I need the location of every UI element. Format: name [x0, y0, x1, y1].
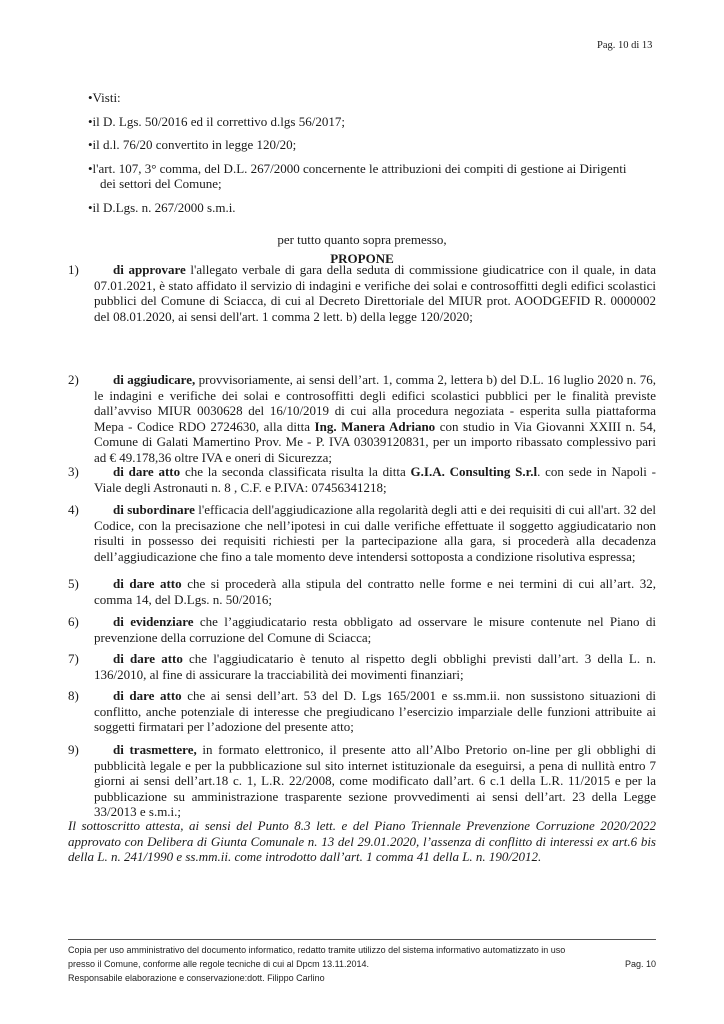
item-number: 2) [68, 372, 79, 388]
visti-heading: •Visti: [88, 90, 658, 106]
second-company-name: G.I.A. Consulting S.r.l [411, 464, 538, 479]
item-verb: di aggiudicare, [113, 372, 195, 387]
item-verb: di dare atto [113, 688, 182, 703]
proposal-item-5: 5) di dare atto che si procederà alla st… [68, 576, 656, 607]
visti-item-first-line: •l'art. 107, 3° comma, del D.L. 267/2000… [88, 161, 626, 176]
footer-page-number: Pag. 10 [625, 957, 656, 971]
visti-item: •il D.Lgs. n. 267/2000 s.m.i. [88, 200, 658, 216]
item-number: 5) [68, 576, 79, 592]
item-verb: di approvare [113, 262, 186, 277]
proposal-item-8: 8) di dare atto che ai sensi dell’art. 5… [68, 688, 656, 735]
visti-item: •il d.l. 76/20 convertito in legge 120/2… [88, 137, 658, 153]
proposal-item-9: 9) di trasmettere, in formato elettronic… [68, 742, 656, 820]
item-verb: di dare atto [113, 464, 180, 479]
item-verb: di evidenziare [113, 614, 194, 629]
contractor-name: Ing. Manera Adriano [315, 419, 436, 434]
visti-item: •il D. Lgs. 50/2016 ed il correttivo d.l… [88, 114, 658, 130]
footer: Copia per uso amministrativo del documen… [68, 943, 656, 985]
proposal-item-6: 6) di evidenziare che l’aggiudicatario r… [68, 614, 656, 645]
item-number: 4) [68, 502, 79, 518]
item-verb: di dare atto [113, 576, 182, 591]
visti-list: •Visti: •il D. Lgs. 50/2016 ed il corret… [88, 90, 658, 223]
item-number: 6) [68, 614, 79, 630]
page-indicator: Pag. 10 di 13 [597, 40, 652, 51]
footer-line-2-text: presso il Comune, conforme alle regole t… [68, 959, 369, 969]
proposal-item-7: 7) di dare atto che l'aggiudicatario è t… [68, 651, 656, 682]
proposal-item-1: 1) di approvare l'allegato verbale di ga… [68, 262, 656, 324]
item-verb: di trasmettere, [113, 742, 197, 757]
item-verb: di dare atto [113, 651, 183, 666]
proposal-item-2: 2) di aggiudicare, provvisoriamente, ai … [68, 372, 656, 465]
visti-item: •l'art. 107, 3° comma, del D.L. 267/2000… [88, 161, 658, 192]
footer-line-1: Copia per uso amministrativo del documen… [68, 943, 656, 957]
footer-divider [68, 939, 656, 940]
item-text: che la seconda classificata risulta la d… [180, 464, 410, 479]
item-number: 7) [68, 651, 79, 667]
visti-item-continuation: dei settori del Comune; [88, 176, 658, 192]
attestation-paragraph: Il sottoscritto attesta, ai sensi del Pu… [68, 818, 656, 865]
item-number: 9) [68, 742, 79, 758]
proposal-item-3: 3) di dare atto che la seconda classific… [68, 464, 656, 495]
proposal-item-4: 4) di subordinare l'efficacia dell'aggiu… [68, 502, 656, 564]
footer-line-3: Responsabile elaborazione e conservazion… [68, 971, 656, 985]
premesso-line: per tutto quanto sopra premesso, [0, 232, 724, 248]
footer-line-2: presso il Comune, conforme alle regole t… [68, 957, 656, 971]
item-verb: di subordinare [113, 502, 195, 517]
item-number: 3) [68, 464, 79, 480]
item-number: 8) [68, 688, 79, 704]
item-number: 1) [68, 262, 79, 278]
